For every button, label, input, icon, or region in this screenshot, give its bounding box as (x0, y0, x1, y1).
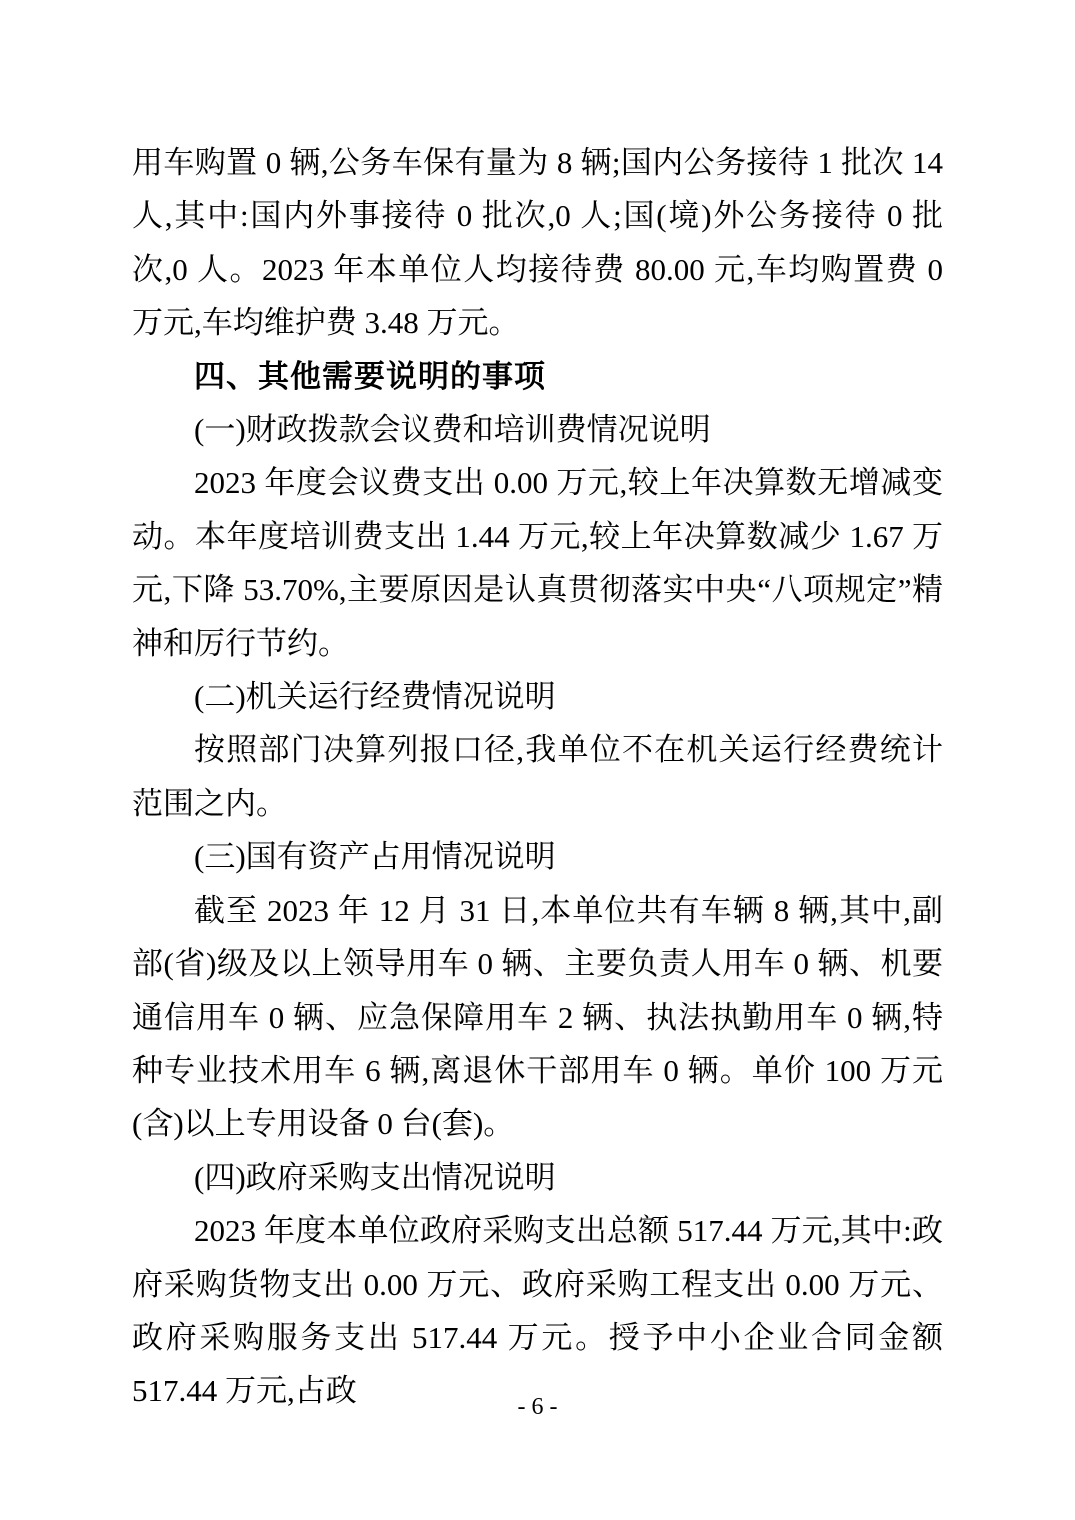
paragraph: 2023 年度会议费支出 0.00 万元,较上年决算数无增减变动。本年度培训费支… (132, 456, 943, 670)
paragraph: 截至 2023 年 12 月 31 日,本单位共有车辆 8 辆,其中,副部(省)… (132, 884, 943, 1151)
heading-2: (一)财政拨款会议费和培训费情况说明 (132, 403, 943, 456)
paragraph-continued: 用车购置 0 辆,公务车保有量为 8 辆;国内公务接待 1 批次 14 人,其中… (132, 136, 943, 350)
paragraph: 按照部门决算列报口径,我单位不在机关运行经费统计范围之内。 (132, 723, 943, 830)
heading-2: (三)国有资产占用情况说明 (132, 830, 943, 883)
document-body: 用车购置 0 辆,公务车保有量为 8 辆;国内公务接待 1 批次 14 人,其中… (132, 136, 943, 1418)
page-number: - 6 - (0, 1392, 1075, 1422)
paragraph: 2023 年度本单位政府采购支出总额 517.44 万元,其中:政府采购货物支出… (132, 1204, 943, 1418)
document-page: 用车购置 0 辆,公务车保有量为 8 辆;国内公务接待 1 批次 14 人,其中… (0, 0, 1075, 1520)
heading-2: (二)机关运行经费情况说明 (132, 670, 943, 723)
heading-2: (四)政府采购支出情况说明 (132, 1151, 943, 1204)
heading-1: 四、其他需要说明的事项 (132, 350, 943, 403)
